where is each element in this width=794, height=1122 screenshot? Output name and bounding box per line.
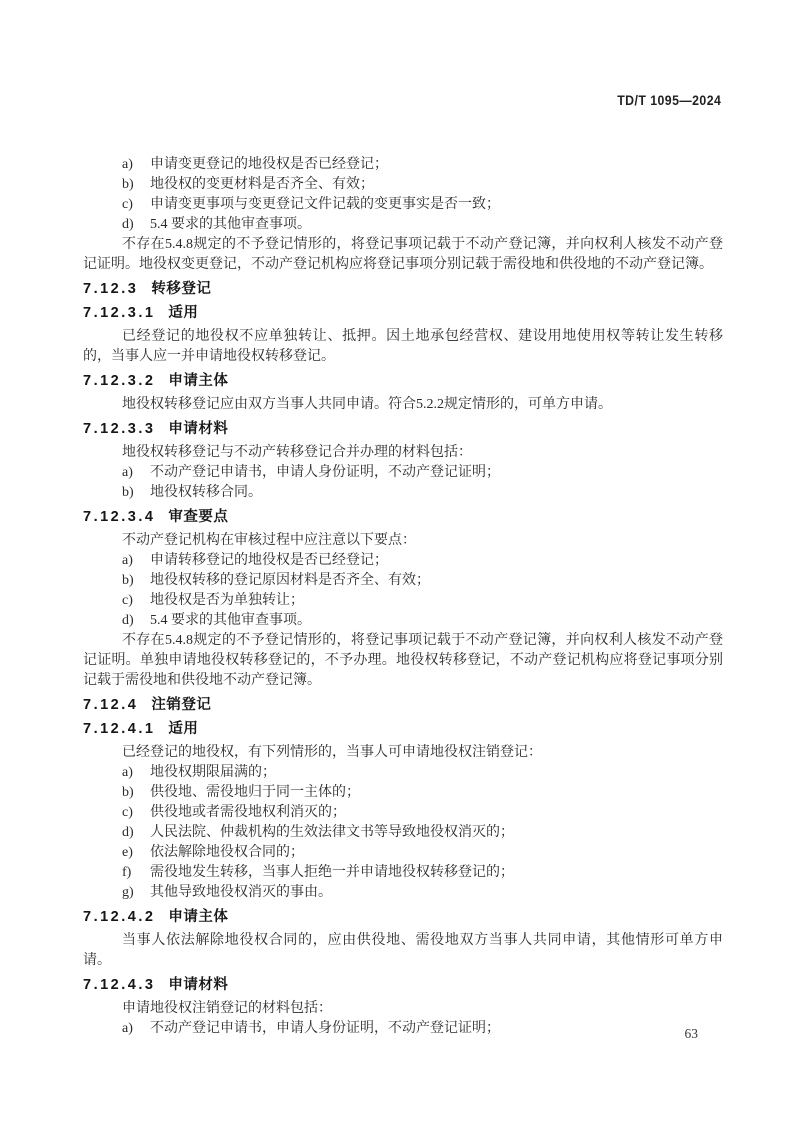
list-item-text: 供役地或者需役地权利消灭的； [150, 805, 346, 820]
section-number: 7.12.4.1 [83, 721, 155, 737]
section-title: 注销登记 [151, 697, 211, 713]
list-item: a)地役权期限届满的； [83, 763, 723, 783]
section-heading: 7.12.4注销登记 [83, 695, 723, 715]
list-item-marker: b) [122, 571, 134, 591]
list-item-marker: a) [122, 763, 133, 783]
list-item-marker: a) [122, 463, 133, 483]
list-item-marker: g) [122, 883, 134, 903]
list-item-text: 地役权的变更材料是否齐全、有效； [150, 177, 374, 192]
list-item-marker: d) [122, 823, 134, 843]
section-number: 7.12.3.2 [83, 373, 155, 389]
list-item-text: 申请变更事项与变更登记文件记载的变更事实是否一致； [150, 197, 500, 212]
list-item-marker: f) [122, 863, 131, 883]
list-item-text: 5.4 要求的其他审查事项。 [150, 613, 311, 628]
list-item-marker: c) [122, 803, 133, 823]
list-item-text: 5.4 要求的其他审查事项。 [150, 217, 311, 232]
list-item: d)5.4 要求的其他审查事项。 [83, 215, 723, 235]
list-item-text: 其他导致地役权消灭的事由。 [150, 885, 332, 900]
list-item: d)5.4 要求的其他审查事项。 [83, 611, 723, 631]
list-item-marker: a) [122, 1019, 133, 1039]
paragraph: 地役权转移登记与不动产转移登记合并办理的材料包括： [83, 443, 723, 463]
list-item-text: 申请转移登记的地役权是否已经登记； [150, 553, 388, 568]
list-item: d)人民法院、仲裁机构的生效法律文书等导致地役权消灭的； [83, 823, 723, 843]
list-item-text: 人民法院、仲裁机构的生效法律文书等导致地役权消灭的； [150, 825, 514, 840]
section-heading: 7.12.3.3申请材料 [83, 419, 723, 439]
section-title: 申请材料 [168, 977, 228, 993]
section-heading: 7.12.3转移登记 [83, 279, 723, 299]
list-item: c)地役权是否为单独转让； [83, 591, 723, 611]
standard-code: TD/T 1095—2024 [617, 92, 721, 108]
section-number: 7.12.3.4 [83, 509, 155, 525]
list-item-text: 依法解除地役权合同的； [150, 845, 304, 860]
list-item-marker: a) [122, 551, 133, 571]
document-body: a)申请变更登记的地役权是否已经登记；b)地役权的变更材料是否齐全、有效；c)申… [83, 155, 723, 1039]
paragraph: 申请地役权注销登记的材料包括： [83, 999, 723, 1019]
list-item-marker: a) [122, 155, 133, 175]
paragraph: 已经登记的地役权，有下列情形的，当事人可申请地役权注销登记： [83, 743, 723, 763]
document-page: TD/T 1095—2024 a)申请变更登记的地役权是否已经登记；b)地役权的… [0, 0, 794, 1122]
list-item-text: 地役权转移的登记原因材料是否齐全、有效； [150, 573, 430, 588]
section-title: 适用 [168, 721, 198, 737]
paragraph: 不动产登记机构在审核过程中应注意以下要点： [83, 531, 723, 551]
section-number: 7.12.3 [83, 281, 138, 297]
section-heading: 7.12.3.1适用 [83, 303, 723, 323]
list-item-marker: c) [122, 195, 133, 215]
section-title: 申请材料 [168, 421, 228, 437]
paragraph: 已经登记的地役权不应单独转让、抵押。因土地承包经营权、建设用地使用权等转让发生转… [83, 327, 723, 367]
section-heading: 7.12.4.3申请材料 [83, 975, 723, 995]
section-number: 7.12.3.3 [83, 421, 155, 437]
section-title: 申请主体 [168, 373, 228, 389]
section-number: 7.12.4.2 [83, 909, 155, 925]
section-title: 申请主体 [168, 909, 228, 925]
list-item-text: 地役权是否为单独转让； [150, 593, 304, 608]
list-item-text: 申请变更登记的地役权是否已经登记； [150, 157, 388, 172]
list-item: a)申请转移登记的地役权是否已经登记； [83, 551, 723, 571]
section-number: 7.12.3.1 [83, 305, 155, 321]
list-item: a)不动产登记申请书，申请人身份证明，不动产登记证明； [83, 463, 723, 483]
list-item: a)申请变更登记的地役权是否已经登记； [83, 155, 723, 175]
list-item-text: 需役地发生转移，当事人拒绝一并申请地役权转移登记的； [150, 865, 514, 880]
list-item-marker: e) [122, 843, 133, 863]
section-number: 7.12.4 [83, 697, 138, 713]
list-item: c)供役地或者需役地权利消灭的； [83, 803, 723, 823]
list-item-text: 不动产登记申请书，申请人身份证明，不动产登记证明； [150, 1021, 500, 1036]
list-item-text: 地役权期限届满的； [150, 765, 276, 780]
list-item: e)依法解除地役权合同的； [83, 843, 723, 863]
section-heading: 7.12.3.4审查要点 [83, 507, 723, 527]
list-item: a)不动产登记申请书，申请人身份证明，不动产登记证明； [83, 1019, 723, 1039]
section-heading: 7.12.4.2申请主体 [83, 907, 723, 927]
list-item-marker: b) [122, 175, 134, 195]
list-item-marker: d) [122, 611, 134, 631]
section-title: 审查要点 [168, 509, 228, 525]
list-item: c)申请变更事项与变更登记文件记载的变更事实是否一致； [83, 195, 723, 215]
list-item-marker: b) [122, 783, 134, 803]
list-item: f)需役地发生转移，当事人拒绝一并申请地役权转移登记的； [83, 863, 723, 883]
paragraph: 不存在5.4.8规定的不予登记情形的，将登记事项记载于不动产登记簿，并向权利人核… [83, 631, 723, 691]
list-item: b)供役地、需役地归于同一主体的； [83, 783, 723, 803]
list-item-marker: d) [122, 215, 134, 235]
list-item-text: 供役地、需役地归于同一主体的； [150, 785, 360, 800]
list-item-marker: b) [122, 483, 134, 503]
list-item-text: 地役权转移合同。 [150, 485, 262, 500]
section-heading: 7.12.3.2申请主体 [83, 371, 723, 391]
section-heading: 7.12.4.1适用 [83, 719, 723, 739]
list-item: b)地役权转移的登记原因材料是否齐全、有效； [83, 571, 723, 591]
list-item-text: 不动产登记申请书，申请人身份证明，不动产登记证明； [150, 465, 500, 480]
section-title: 转移登记 [151, 281, 211, 297]
page-number: 63 [685, 1026, 699, 1042]
paragraph: 不存在5.4.8规定的不予登记情形的，将登记事项记载于不动产登记簿，并向权利人核… [83, 235, 723, 275]
list-item: b)地役权的变更材料是否齐全、有效； [83, 175, 723, 195]
list-item: b)地役权转移合同。 [83, 483, 723, 503]
section-number: 7.12.4.3 [83, 977, 155, 993]
section-title: 适用 [168, 305, 198, 321]
paragraph: 地役权转移登记应由双方当事人共同申请。符合5.2.2规定情形的，可单方申请。 [83, 395, 723, 415]
list-item: g)其他导致地役权消灭的事由。 [83, 883, 723, 903]
paragraph: 当事人依法解除地役权合同的，应由供役地、需役地双方当事人共同申请，其他情形可单方… [83, 931, 723, 971]
list-item-marker: c) [122, 591, 133, 611]
